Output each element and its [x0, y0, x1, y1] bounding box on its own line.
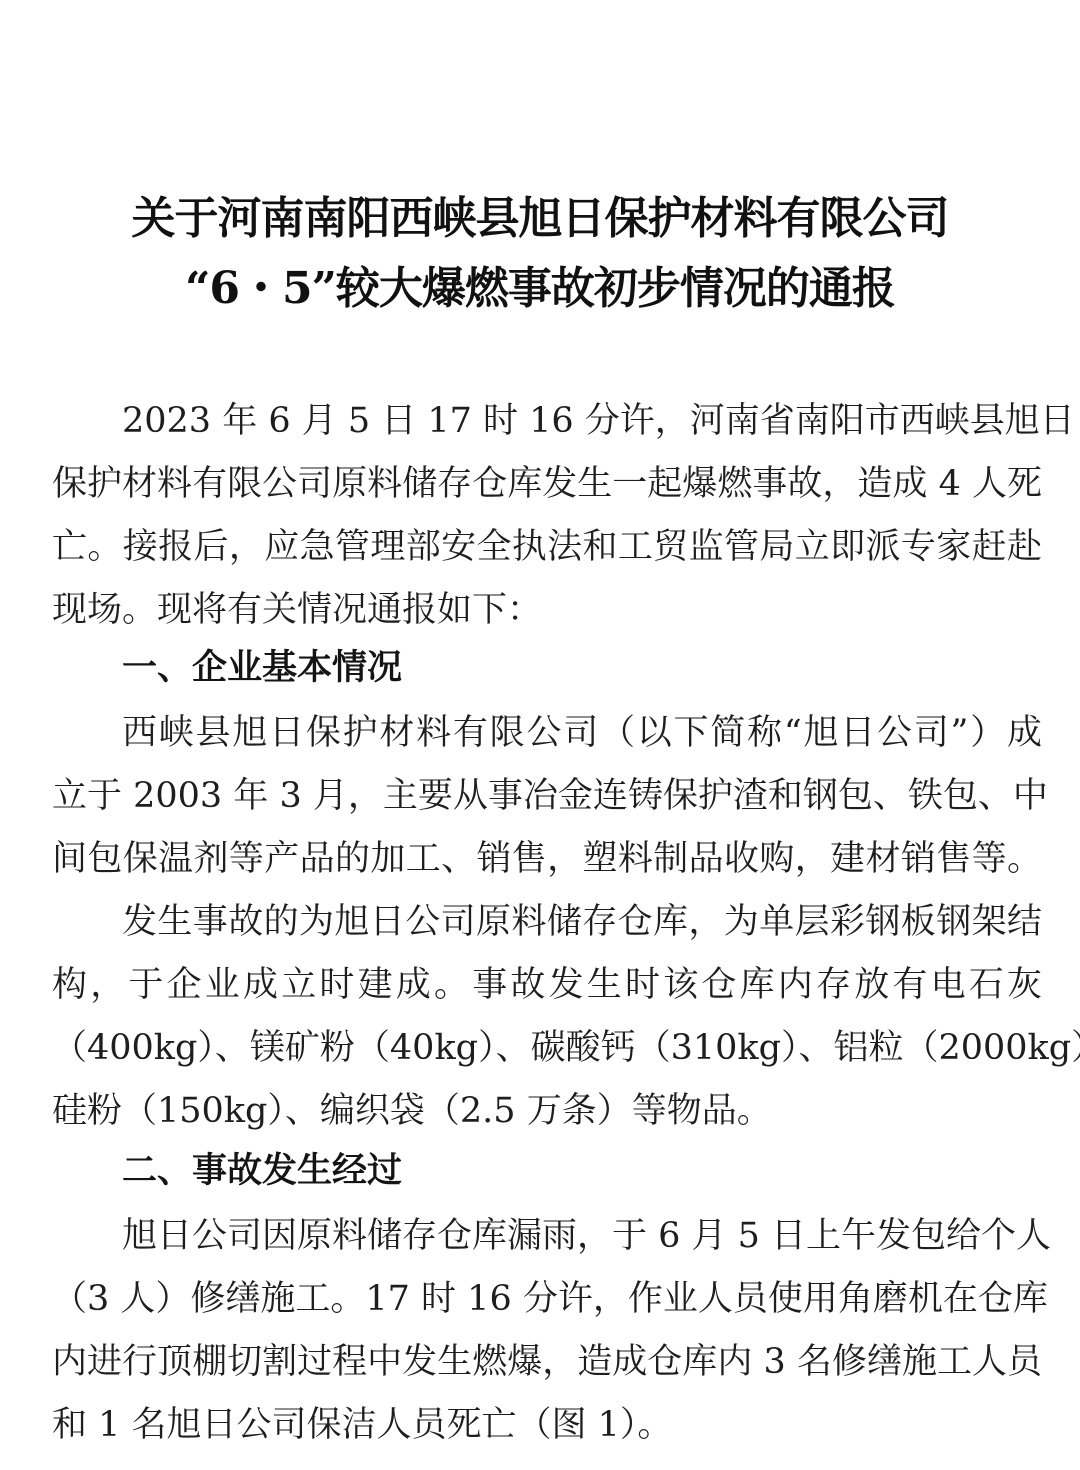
paragraph-line: 西峡县旭日保护材料有限公司（以下简称“旭日公司”）成	[122, 702, 1042, 765]
document-title-line-2: “6・5”较大爆燃事故初步情况的通报	[0, 254, 1080, 324]
intro-line: 现场。现将有关情况通报如下：	[52, 579, 1042, 642]
section-heading-company-info: 一、企业基本情况	[122, 637, 402, 700]
paragraph-line: 间包保温剂等产品的加工、销售，塑料制品收购，建材销售等。	[52, 828, 1042, 891]
section-heading-accident-process: 二、事故发生经过	[122, 1140, 402, 1203]
paragraph-line: 发生事故的为旭日公司原料储存仓库，为单层彩钢板钢架结	[122, 891, 1042, 954]
intro-line: 保护材料有限公司原料储存仓库发生一起爆燃事故，造成 4 人死	[52, 453, 1042, 516]
paragraph-line: 立于 2003 年 3 月，主要从事冶金连铸保护渣和钢包、铁包、中	[52, 765, 1042, 828]
paragraph-line: 硅粉（150kg）、编织袋（2.5 万条）等物品。	[52, 1080, 1042, 1143]
paragraph-line: （3 人）修缮施工。17 时 16 分许，作业人员使用角磨机在仓库	[52, 1268, 1042, 1331]
paragraph-line: 构，于企业成立时建成。事故发生时该仓库内存放有电石灰	[52, 954, 1042, 1017]
intro-line: 亡。接报后，应急管理部安全执法和工贸监管局立即派专家赶赴	[52, 516, 1042, 579]
document-title-line-1: 关于河南南阳西峡县旭日保护材料有限公司	[0, 184, 1080, 254]
intro-line: 2023 年 6 月 5 日 17 时 16 分许，河南省南阳市西峡县旭日	[122, 390, 1042, 453]
paragraph-line: 和 1 名旭日公司保洁人员死亡（图 1）。	[52, 1394, 1042, 1457]
paragraph-line: （400kg）、镁矿粉（40kg）、碳酸钙（310kg）、铝粒（2000kg）、	[52, 1017, 1042, 1080]
paragraph-line: 内进行顶棚切割过程中发生燃爆，造成仓库内 3 名修缮施工人员	[52, 1331, 1042, 1394]
document-page: 关于河南南阳西峡县旭日保护材料有限公司 “6・5”较大爆燃事故初步情况的通报 2…	[0, 0, 1080, 1470]
paragraph-line: 旭日公司因原料储存仓库漏雨，于 6 月 5 日上午发包给个人	[122, 1205, 1042, 1268]
